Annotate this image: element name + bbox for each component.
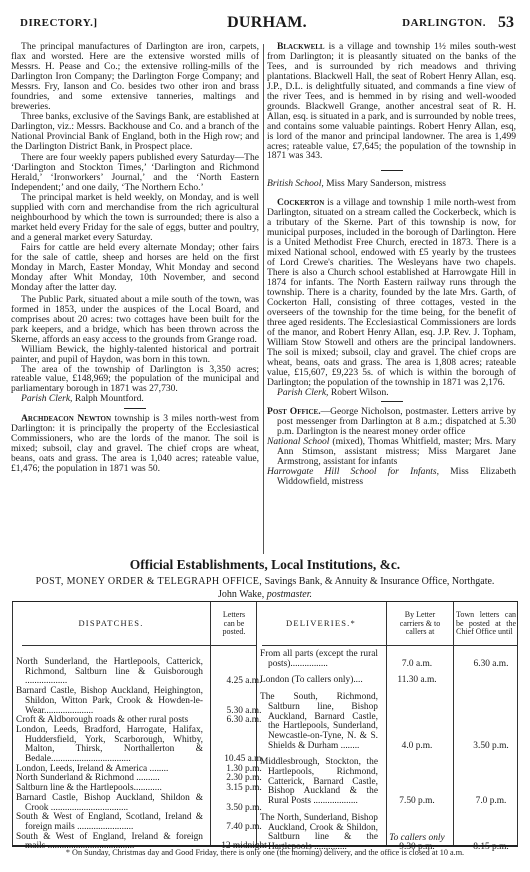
delivery-list: From all parts (except the rural posts).…	[260, 650, 378, 860]
delivery-time: 11.30 a.m.	[382, 676, 452, 686]
post-office-schedule-table: DISPATCHES. Letters can be posted. DELIV…	[12, 601, 518, 847]
post-by-time: 7.0 p.m.	[458, 797, 524, 807]
paragraph-archdeacon-newton: Archdeacon Newton township is 3 miles no…	[11, 414, 259, 474]
parish-clerk-label: Parish Clerk,	[277, 387, 328, 398]
post-office-entry: Post Office.—George Nicholson, postmaste…	[267, 407, 516, 437]
delivery-row: The North, Sunderland, Bishop Auckland, …	[260, 814, 378, 853]
postmaster-title: postmaster.	[264, 589, 312, 600]
british-school-text: Miss Mary Sanderson, mistress	[324, 178, 446, 189]
national-school-entry: National School (mixed), Thomas Whitfiel…	[267, 437, 516, 467]
dispatch-row: South & West of England, Scotland, Irela…	[16, 813, 205, 832]
table-border	[517, 602, 518, 845]
parish-clerk-label: Parish Clerk,	[21, 393, 72, 404]
dispatch-destination: South & West of England, Scotland, Irela…	[16, 813, 205, 832]
dispatch-destination: London, Leeds, Bradford, Harrogate, Hali…	[16, 726, 205, 765]
left-column: The principal manufactures of Darlington…	[11, 42, 259, 474]
dispatch-destination: Barnard Castle, Bishop Auckland, Shildon…	[16, 794, 205, 813]
official-establishments-heading: Official Establishments, Local Instituti…	[0, 557, 530, 573]
directory-page: DIRECTORY.] DURHAM. DARLINGTON. 53 The p…	[0, 0, 530, 872]
dispatch-row: Barnard Castle, Bishop Auckland, Heighin…	[16, 687, 205, 716]
header-rule	[262, 645, 386, 646]
archdeacon-newton-text: township is 3 miles north-west from Darl…	[11, 413, 259, 474]
header-letters-posted: Letters can be posted.	[218, 602, 250, 646]
header-town-letters: Town letters can be posted at the Chief …	[456, 602, 516, 646]
paragraph-fairs: Fairs for cattle are held every alternat…	[11, 243, 259, 293]
parish-clerk-name: Ralph Mountford.	[72, 393, 143, 404]
running-head: DIRECTORY.] DURHAM. DARLINGTON. 53	[20, 14, 514, 34]
postmaster-line: John Wake, postmaster.	[0, 589, 530, 600]
header-by-letter-carriers: By Letter carriers & to callers at	[392, 602, 448, 646]
post-office-address: POST, MONEY ORDER & TELEGRAPH OFFICE, Sa…	[0, 576, 530, 587]
dispatch-list: North Sunderland, the Hartlepools, Catte…	[16, 658, 205, 852]
delivery-row: The South, Richmond, Saltburn line, Bish…	[260, 693, 378, 751]
table-footnote: * On Sunday, Christmas day and Good Frid…	[0, 848, 530, 857]
dispatch-destination: Barnard Castle, Bishop Auckland, Heighin…	[16, 687, 205, 716]
paragraph-william-bewick: William Bewick, the highly-talented hist…	[11, 345, 259, 365]
delivery-row: Middlesbrough, Stockton, the Hartlepools…	[260, 758, 378, 807]
page-number: 53	[498, 14, 514, 32]
column-rule	[453, 602, 454, 845]
harrowgate-school-entry: Harrowgate Hill School for Infants, Miss…	[267, 467, 516, 487]
header-rule	[210, 645, 256, 646]
parish-clerk-darlington: Parish Clerk, Ralph Mountford.	[11, 394, 259, 404]
dispatch-row: London, Leeds, Bradford, Harrogate, Hali…	[16, 726, 205, 765]
dispatch-row: Barnard Castle, Bishop Auckland, Shildon…	[16, 794, 205, 813]
paragraph-newspapers: There are four weekly papers published e…	[11, 153, 259, 193]
paragraph-manufactures: The principal manufactures of Darlington…	[11, 42, 259, 112]
paragraph-market: The principal market is held weekly, on …	[11, 193, 259, 243]
delivery-origin: From all parts (except the rural posts).…	[260, 650, 378, 669]
header-rule	[22, 645, 210, 646]
delivery-time: 7.0 a.m.	[382, 660, 452, 670]
paragraph-area: The area of the township of Darlington i…	[11, 365, 259, 395]
dispatch-row: North Sunderland, the Hartlepools, Catte…	[16, 658, 205, 687]
section-divider	[381, 401, 403, 402]
british-school-entry: British School, Miss Mary Sanderson, mis…	[267, 179, 516, 189]
parish-clerk-name: Robert Wilson.	[328, 387, 388, 398]
column-rule	[386, 602, 387, 845]
delivery-origin: Middlesbrough, Stockton, the Hartlepools…	[260, 758, 378, 807]
delivery-origin: London (To callers only)....	[260, 676, 378, 686]
header-rule	[453, 645, 517, 646]
british-school-label: British School,	[267, 178, 324, 189]
delivery-row: From all parts (except the rural posts).…	[260, 650, 378, 669]
delivery-origin: The South, Richmond, Saltburn line, Bish…	[260, 693, 378, 751]
right-column: Blackwell is a village and township 1½ m…	[267, 42, 516, 487]
post-office-caps: POST, MONEY ORDER & TELEGRAPH OFFICE,	[36, 576, 263, 587]
parish-clerk-cockerton: Parish Clerk, Robert Wilson.	[267, 388, 516, 398]
dispatch-destination: North Sunderland, the Hartlepools, Catte…	[16, 658, 205, 687]
header-deliveries: DELIVERIES.*	[256, 602, 386, 646]
header-rule	[386, 645, 453, 646]
section-divider	[381, 170, 403, 171]
post-by-time: 3.50 p.m.	[458, 742, 524, 752]
blackwell-text: is a village and township 1½ miles south…	[267, 41, 516, 161]
delivery-row: London (To callers only)....11.30 a.m.	[260, 676, 378, 686]
postmaster-name: John Wake,	[218, 589, 264, 600]
callers-only-note: To callers only	[382, 834, 452, 843]
column-divider	[263, 44, 264, 554]
paragraph-blackwell: Blackwell is a village and township 1½ m…	[267, 42, 516, 161]
delivery-time: 7.50 p.m.	[382, 797, 452, 807]
delivery-time: 4.0 p.m.	[382, 742, 452, 752]
running-head-section: DARLINGTON.	[402, 17, 486, 29]
paragraph-public-park: The Public Park, situated about a mile s…	[11, 295, 259, 345]
cockerton-text: is a village and township 1 mile north-w…	[267, 197, 516, 387]
header-dispatches: DISPATCHES.	[12, 602, 210, 646]
paragraph-cockerton: Cockerton is a village and township 1 mi…	[267, 198, 516, 387]
delivery-origin: The North, Sunderland, Bishop Auckland, …	[260, 814, 378, 853]
section-divider	[124, 408, 146, 409]
post-office-address-rest: Savings Bank, & Annuity & Insurance Offi…	[262, 576, 494, 587]
post-by-time: 6.30 a.m.	[458, 660, 524, 670]
column-rule	[210, 602, 211, 845]
paragraph-banks: Three banks, exclusive of the Savings Ba…	[11, 112, 259, 152]
